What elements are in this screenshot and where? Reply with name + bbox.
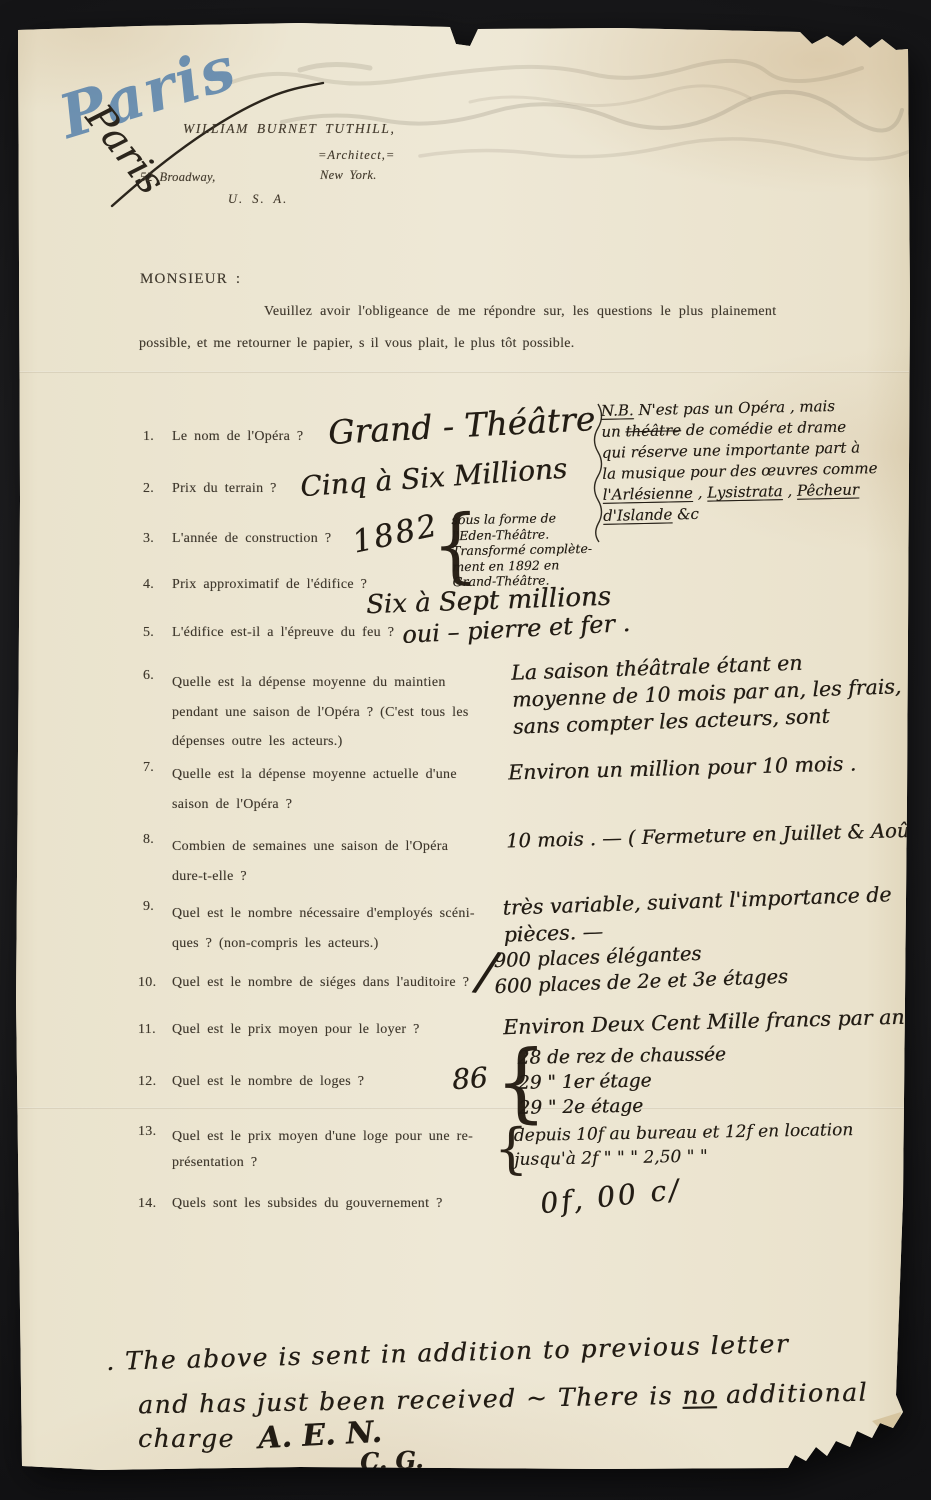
answer-2: Cinq à Six Millions <box>299 452 568 504</box>
nb-text: N'est pas un Opéra , mais <box>633 397 835 419</box>
question-4-number: 4. <box>143 577 154 593</box>
salutation: MONSIEUR : <box>140 271 241 288</box>
answer-14: 0f, 00 c/ <box>539 1173 683 1221</box>
letterhead-name: WILLIAM BURNET TUTHILL, <box>183 121 395 137</box>
question-5-number: 5. <box>143 625 154 641</box>
question-2-number: 2. <box>143 481 154 497</box>
question-9-number: 9. <box>143 899 154 915</box>
nb-text: &c <box>672 505 699 524</box>
answer-10: 900 places élégantes 600 places de 2e et… <box>493 938 788 1000</box>
question-14-number: 14. <box>138 1196 156 1212</box>
question-10-number: 10. <box>138 975 156 991</box>
question-8-line: dure-t-elle ? <box>172 862 448 892</box>
question-8-line: Combien de semaines une saison de l'Opér… <box>172 832 448 862</box>
question-4-text: Prix approximatif de l'édifice ? <box>172 577 367 593</box>
nb-text: , <box>693 484 708 502</box>
answer-13-line: jusqu'à 2f " " " 2,50 " " <box>514 1142 854 1172</box>
letterhead-city: New York. <box>320 168 377 183</box>
answer-12-total: 86 <box>451 1061 489 1096</box>
closing-note-line-3: charge <box>138 1424 235 1453</box>
question-12-text: Quel est le nombre de loges ? <box>172 1074 364 1090</box>
question-8-text: Combien de semaines une saison de l'Opér… <box>172 832 448 891</box>
nb-text: un <box>601 422 625 441</box>
question-9-line: Quel est le nombre nécessaire d'employés… <box>172 899 475 929</box>
closing-note-text: additional <box>716 1378 868 1410</box>
intro-line-2: possible, et me retourner le papier, s i… <box>139 336 575 352</box>
question-7-number: 7. <box>143 760 154 776</box>
answer-6: La saison théâtrale étant en moyenne de … <box>511 646 903 741</box>
question-1-number: 1. <box>143 429 154 445</box>
question-6-number: 6. <box>143 668 154 684</box>
question-7-text: Quelle est la dépense moyenne actuelle d… <box>172 760 457 819</box>
answer-8: 10 mois . — ( Fermeture en Juillet & Aoû… <box>506 818 931 852</box>
question-14-text: Quels sont les subsides du gouvernement … <box>172 1196 443 1212</box>
question-9-text: Quel est le nombre nécessaire d'employés… <box>172 899 475 958</box>
fold-crease-top <box>18 371 909 373</box>
question-3-number: 3. <box>143 531 154 547</box>
question-2-text: Prix du terrain ? <box>172 481 277 497</box>
answer-9: très variable, suivant l'importance de p… <box>502 881 893 949</box>
answer-11: Environ Deux Cent Mille francs par an <box>503 1005 905 1040</box>
question-6-line: dépenses outre les acteurs.) <box>172 727 469 757</box>
closing-note-text: and has just been received ~ There is <box>138 1381 683 1419</box>
letterhead-role: =Architect,= <box>318 148 395 163</box>
question-6-line: Quelle est la dépense moyenne du maintie… <box>172 668 469 698</box>
question-6-line: pendant une saison de l'Opéra ? (C'est t… <box>172 698 469 728</box>
nb-title: l'Arlésienne <box>602 484 693 504</box>
question-7-line: saison de l'Opéra ? <box>172 790 457 820</box>
question-13-text: Quel est le prix moyen d'une loge pour u… <box>172 1124 473 1176</box>
paper-shadow: Paris Paris WILLIAM BURNET TUTHILL, =Arc… <box>0 0 931 1500</box>
nb-title: Lysistrata <box>707 482 783 502</box>
question-13-number: 13. <box>138 1124 156 1140</box>
answer-3-note: sous la forme de l'Eden-Théâtre. Transfo… <box>451 510 592 590</box>
answer-1: Grand - Théâtre <box>327 399 596 452</box>
answer-12-detail: 28 de rez de chaussée 29 " 1er étage 29 … <box>517 1042 727 1121</box>
nb-label: N.B. <box>601 401 634 420</box>
question-12-number: 12. <box>138 1074 156 1090</box>
question-11-text: Quel est le prix moyen pour le loyer ? <box>172 1022 420 1038</box>
question-9-line: ques ? (non-compris les acteurs.) <box>172 929 475 959</box>
question-6-text: Quelle est la dépense moyenne du maintie… <box>172 668 469 757</box>
answer-12-line: 28 de rez de chaussée <box>517 1042 726 1071</box>
signature-initials-2: C. G. <box>360 1445 424 1476</box>
closing-note-line-2: and has just been received ~ There is no… <box>138 1378 868 1420</box>
nb-title: d'Islande <box>603 505 673 524</box>
question-10-text: Quel est le nombre de siéges dans l'audi… <box>172 975 469 991</box>
question-7-line: Quelle est la dépense moyenne actuelle d… <box>172 760 457 790</box>
answer-7: Environ un million pour 10 mois . <box>508 751 857 784</box>
answer-12-line: 29 " 2e étage <box>518 1092 727 1121</box>
question-1-text: Le nom de l'Opéra ? <box>172 429 303 445</box>
question-13-line: présentation ? <box>172 1150 473 1176</box>
intro-line-1: Veuillez avoir l'obligeance de me répond… <box>264 304 776 320</box>
paper-sheet: Paris Paris WILLIAM BURNET TUTHILL, =Arc… <box>0 0 931 1500</box>
question-11-number: 11. <box>138 1022 156 1038</box>
fold-crease-bottom <box>18 1107 909 1109</box>
question-8-number: 8. <box>143 832 154 848</box>
nb-note: N.B. N'est pas un Opéra , mais un théâtr… <box>601 395 879 527</box>
closing-note-underlined: no <box>682 1380 717 1410</box>
nb-text: de comédie et drame <box>681 418 846 439</box>
answer-13: depuis 10f au bureau et 12f en location … <box>514 1118 854 1172</box>
question-5-text: L'édifice est-il a l'épreuve du feu ? <box>172 625 394 641</box>
answer-3-note-line: Transformé complète- <box>452 541 592 559</box>
question-3-text: L'année de construction ? <box>172 531 331 547</box>
answer-3: 1882 <box>349 507 441 560</box>
scanned-document-page: Paris Paris WILLIAM BURNET TUTHILL, =Arc… <box>0 0 931 1500</box>
nb-text-struck: théâtre <box>625 421 681 440</box>
nb-line: d'Islande &c <box>603 500 879 527</box>
question-13-line: Quel est le prix moyen d'une loge pour u… <box>172 1124 473 1150</box>
answer-12-line: 29 " 1er étage <box>518 1067 727 1096</box>
nb-text: , <box>782 482 797 500</box>
letterhead-street: 52 Broadway, <box>140 170 216 185</box>
letterhead-country: U. S. A. <box>228 192 288 207</box>
closing-note-line-1: . The above is sent in addition to previ… <box>106 1329 790 1376</box>
nb-title: Pêcheur <box>797 481 859 500</box>
